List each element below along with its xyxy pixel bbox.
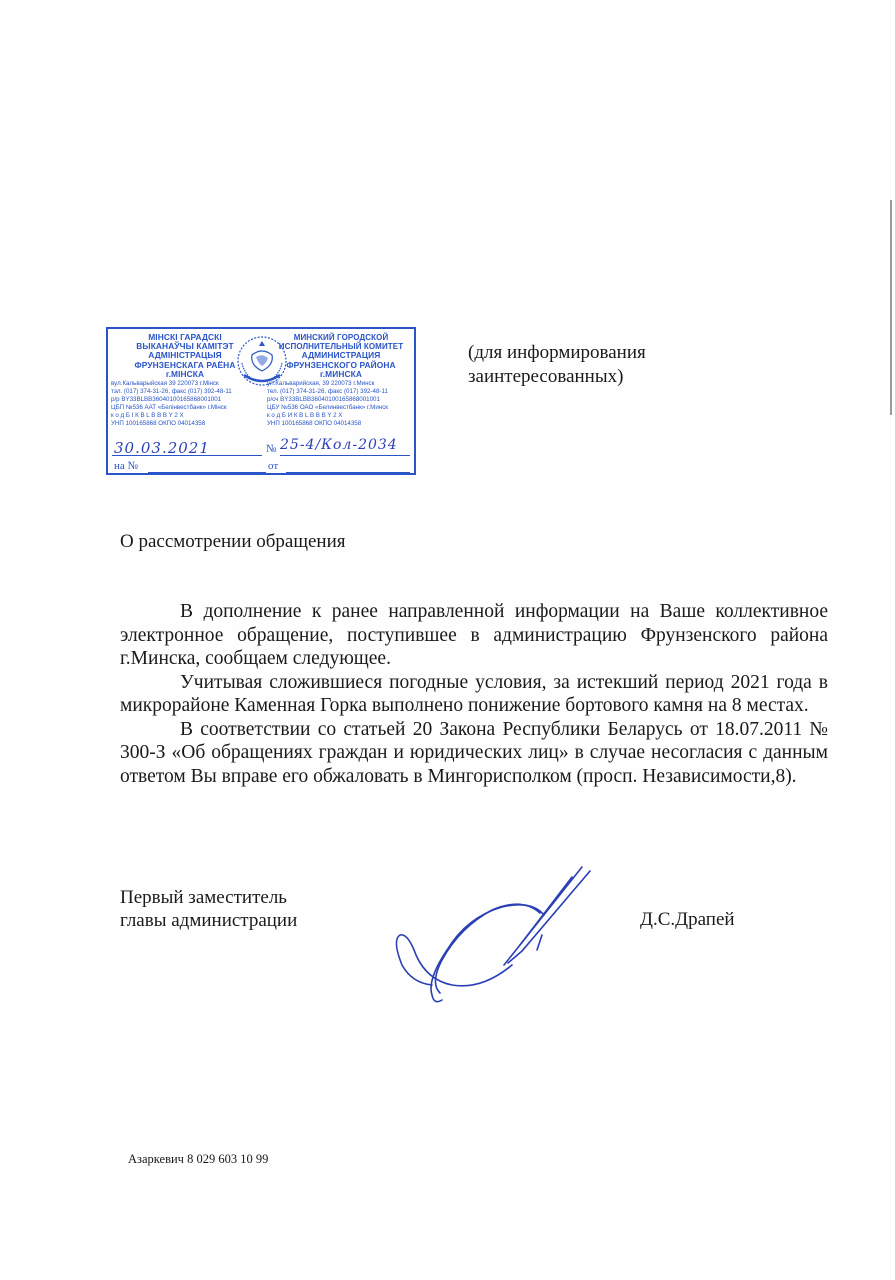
stamp-detail-line: р/сч BY33BLBB36040100165868001001 [267, 396, 416, 404]
stamp-detail-line: ЦБП №536 ААТ «Белінвестбанк» г.Мінск [111, 404, 260, 412]
ref-date-label: от [268, 460, 278, 472]
document-page: МІНСКІ ГАРАДСКІ ВЫКАНАЎЧЫ КАМІТЭТ АДМІНІ… [0, 0, 895, 1280]
handwritten-number: 25-4/Кол-2034 [280, 437, 398, 453]
stamp-detail-line: тэл. (017) 374-31-26, факс (017) 392-48-… [111, 388, 260, 396]
handwritten-date: 30.03.2021 [114, 439, 210, 457]
scan-edge-artifact [890, 200, 892, 415]
handwritten-signature-icon [372, 855, 612, 1020]
body-paragraph: В соответствии со статьей 20 Закона Респ… [120, 718, 828, 789]
stamp-detail-line: к о д Б И К B L B B B Y 2 X [267, 412, 416, 420]
body-paragraph: Учитывая сложившиеся погодные условия, з… [120, 671, 828, 718]
stamp-detail-line: тел. (017) 374-31-26, факс (017) 392-48-… [267, 388, 416, 396]
number-label: № [266, 443, 277, 455]
stamp-details-ru: ул.Кальварийская, 39 220073 г.Минск тел.… [266, 380, 416, 429]
ref-date-line [286, 472, 410, 473]
stamp-title-ru: МИНСКИЙ ГОРОДСКОЙ ИСПОЛНИТЕЛЬНЫЙ КОМИТЕТ… [266, 333, 416, 379]
stamp-detail-line: УНП 100165868 ОКПО 04014358 [111, 420, 260, 428]
registration-stamp: МІНСКІ ГАРАДСКІ ВЫКАНАЎЧЫ КАМІТЭТ АДМІНІ… [106, 327, 416, 475]
signatory-title: Первый заместитель главы администрации [120, 886, 297, 932]
executor-contact: Азаркевич 8 029 603 10 99 [128, 1152, 268, 1167]
number-line [280, 455, 410, 456]
addressee-block: (для информирования заинтересованных) [468, 341, 646, 389]
letter-body: В дополнение к ранее направленной информ… [120, 600, 828, 788]
stamp-detail-line: к о д Б І К B L B B B Y 2 X [111, 412, 260, 420]
addressee-line: (для информирования [468, 341, 646, 365]
stamp-detail-line: ЦБУ №536 ОАО «Белинвестбанк» г.Минск [267, 404, 416, 412]
letter-subject: О рассмотрении обращения [120, 531, 346, 553]
stamp-detail-line: УНП 100165868 ОКПО 04014358 [267, 420, 416, 428]
stamp-detail-line: ул.Кальварийская, 39 220073 г.Минск [267, 380, 416, 388]
stamp-russian-column: МИНСКИЙ ГОРОДСКОЙ ИСПОЛНИТЕЛЬНЫЙ КОМИТЕТ… [266, 333, 416, 429]
signatory-title-line: главы администрации [120, 909, 297, 932]
ref-number-label: на № [114, 460, 138, 472]
stamp-title-line: г.МИНСКА [266, 370, 416, 379]
signatory-title-line: Первый заместитель [120, 886, 297, 909]
body-paragraph: В дополнение к ранее направленной информ… [120, 600, 828, 671]
ref-number-line [148, 472, 266, 473]
stamp-title-line: МИНСКИЙ ГОРОДСКОЙ [266, 333, 416, 342]
addressee-line: заинтересованных) [468, 365, 646, 389]
signatory-name: Д.С.Драпей [640, 909, 735, 931]
stamp-detail-line: р/р BY33BLBB36040100165868001001 [111, 396, 260, 404]
